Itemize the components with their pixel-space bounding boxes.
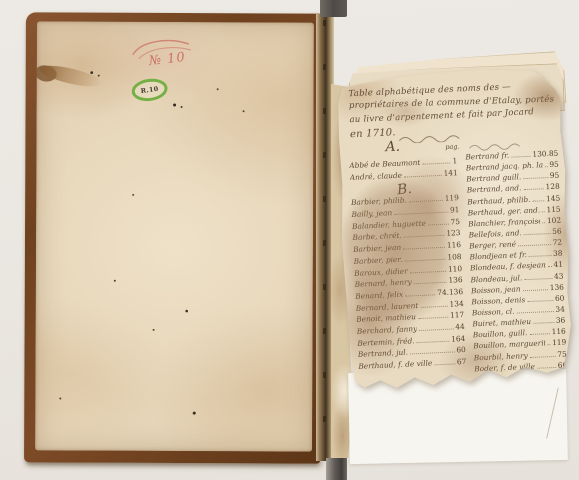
dotted-leader	[428, 223, 449, 225]
archive-oval-stamp: R.10	[130, 77, 169, 104]
entry-page-number: 134	[449, 299, 464, 309]
ink-specks	[37, 21, 39, 23]
section-a-row: A. pag.	[351, 137, 460, 157]
dotted-leader	[422, 162, 450, 164]
dotted-leader	[405, 294, 435, 296]
book-cover: № 10 R.10	[24, 12, 322, 463]
entry-page-number: 119	[445, 193, 460, 203]
entry-page-number: 60	[456, 345, 466, 354]
dotted-leader	[511, 156, 530, 158]
entry-name: Bourbil, henry	[474, 351, 528, 362]
index-page: Table alphabétique des noms des — propri…	[335, 67, 576, 398]
dotted-leader	[420, 305, 447, 307]
entry-name: Berchard, fanny	[357, 324, 418, 336]
entry-name: Buiret, mathieu	[472, 317, 531, 328]
entry-name: Bertrand jacq. ph. lat.	[466, 160, 543, 172]
dotted-leader	[542, 211, 545, 212]
cover-paper: № 10 R.10	[35, 21, 314, 451]
dotted-leader	[434, 363, 455, 365]
dotted-leader	[523, 177, 548, 179]
entry-page-number: 164	[451, 334, 466, 344]
dotted-leader	[419, 328, 453, 331]
dotted-leader	[523, 289, 548, 291]
section-header-a: A.	[351, 139, 400, 157]
entry-name: Boisson, jean	[471, 284, 521, 295]
dotted-leader	[403, 247, 445, 250]
dotted-leader	[417, 340, 450, 342]
dotted-leader	[529, 255, 551, 257]
dotted-leader	[527, 300, 553, 302]
entry-page-number: 102	[547, 215, 561, 225]
entry-name: Boisson, cl.	[472, 307, 515, 318]
dotted-leader	[394, 212, 448, 215]
entry-name: Blanchier, françoise	[468, 216, 540, 228]
entry-page-number: 136	[448, 275, 463, 285]
cradle-rod-bottom	[326, 458, 347, 480]
entry-page-number: 95	[550, 171, 560, 180]
dotted-leader	[414, 282, 447, 284]
entry-page-number: 145	[546, 193, 560, 203]
page-column-label: pag.	[445, 143, 460, 152]
entry-name: Boisson, denis	[471, 295, 525, 306]
entry-page-number: 95	[549, 160, 559, 169]
entry-name: Barbe, chrét.	[352, 231, 402, 242]
entry-name: Berger, rené	[469, 240, 516, 251]
dotted-leader	[404, 259, 445, 262]
entry-page-number: 115	[546, 204, 560, 214]
stamp-text: R.10	[140, 85, 159, 95]
entry-name: Blondeau, f. desjean	[470, 261, 546, 273]
entry-name: Blondjean et fr.	[469, 250, 527, 261]
dotted-leader	[547, 345, 550, 346]
entry-page-number: 136	[550, 282, 564, 292]
entry-page-number: 116	[551, 327, 565, 337]
entry-name: Abbé de Beaumont	[349, 158, 420, 170]
entry-page-number: 60	[555, 293, 565, 302]
entry-page-number: 116	[447, 240, 462, 250]
entry-name: Baroux, didier	[354, 266, 408, 277]
entry-name: Berthaud, f. de ville	[358, 358, 432, 370]
entry-page-number: 75	[450, 217, 460, 226]
entry-page-number: 74.136	[437, 287, 463, 297]
entry-name: Barbier, pier.	[353, 255, 402, 266]
ink-smudge-stain	[38, 61, 104, 90]
entry-page-number: 1	[452, 156, 457, 165]
dotted-leader	[409, 200, 443, 203]
dotted-leader	[529, 333, 549, 335]
entry-page-number: 75	[557, 349, 567, 358]
entry-name: Bouillon, guill.	[473, 328, 528, 339]
index-column-right: Bertrand fr.130.85Bertrand jacq. ph. lat…	[465, 149, 567, 376]
entry-page-number: 56	[552, 227, 562, 236]
dotted-leader	[410, 352, 454, 355]
index-page-wrap: Table alphabétique des noms des — propri…	[336, 74, 565, 397]
entry-page-number: 117	[450, 310, 465, 320]
dotted-leader	[542, 222, 545, 223]
entry-name: Bailly, jean	[351, 208, 392, 219]
entry-name: Bertrand, jul.	[358, 348, 409, 359]
entry-name: Bertemin, fréd.	[357, 336, 415, 348]
dotted-leader	[533, 322, 554, 324]
dotted-leader	[524, 278, 552, 280]
entry-page-number: 44	[455, 322, 465, 331]
dotted-leader	[548, 266, 552, 267]
entry-page-number: 128	[545, 182, 559, 192]
entry-name: Benoit, mathieu	[356, 312, 416, 324]
spine-stitching	[323, 20, 326, 458]
entry-name: Bernard, laurent	[356, 301, 419, 313]
entry-name: Bernard, henry	[354, 278, 411, 290]
entry-name: Balandier, huguette	[352, 218, 426, 230]
entry-page-number: 108	[447, 252, 462, 262]
entry-page-number: 72	[552, 238, 562, 247]
entry-name: Bertrand, and.	[467, 184, 522, 195]
entry-name: Bellefois, and.	[468, 228, 522, 239]
dotted-leader	[530, 355, 556, 357]
entry-page-number: 41	[553, 260, 563, 269]
entry-name: Bertrand guill.	[466, 173, 521, 184]
cradle-rod-top	[320, 0, 347, 17]
entry-name: Berthaud, ger. and.	[468, 205, 540, 217]
entry-page-number: 38	[553, 249, 563, 258]
entry-name: Berthaud, philib.	[467, 194, 531, 206]
dotted-leader	[404, 235, 445, 238]
entry-page-number: 67	[457, 357, 467, 366]
entry-page-number: 119	[552, 338, 566, 348]
entry-name: Blondeau, jul.	[470, 273, 522, 284]
entry-name: Boder, f. de ville	[474, 361, 535, 373]
dotted-leader	[544, 166, 547, 167]
entry-page-number: 123	[446, 229, 461, 239]
entry-page-number: 130.85	[532, 149, 558, 159]
dotted-leader	[517, 311, 554, 314]
red-ink-number: № 10	[148, 50, 186, 69]
entry-name: Benard, felix	[355, 290, 403, 301]
dotted-leader	[533, 200, 545, 201]
entry-name: Bouillon, marguerite	[473, 339, 545, 351]
entry-name: Bertrand fr.	[465, 151, 509, 162]
dotted-leader	[537, 367, 556, 369]
entry-page-number: 91	[450, 205, 460, 214]
dotted-leader	[523, 189, 543, 191]
dotted-leader	[410, 270, 446, 273]
index-column-left: Abbé de Beaumont1André, claude141B.Barbi…	[349, 156, 467, 373]
archival-scan: № 10 R.10 Table alphabétique des noms de…	[0, 0, 579, 480]
entry-page-number: 43	[554, 271, 564, 280]
entry-name: André, claude	[350, 170, 403, 181]
entry-name: Barbier, jean	[353, 243, 401, 254]
entry-page-number: 36	[556, 316, 566, 325]
dotted-leader	[418, 317, 448, 319]
dotted-leader	[518, 244, 551, 246]
dotted-leader	[524, 233, 550, 235]
entry-page-number: 110	[448, 264, 463, 274]
entry-page-number: 34	[555, 304, 565, 313]
